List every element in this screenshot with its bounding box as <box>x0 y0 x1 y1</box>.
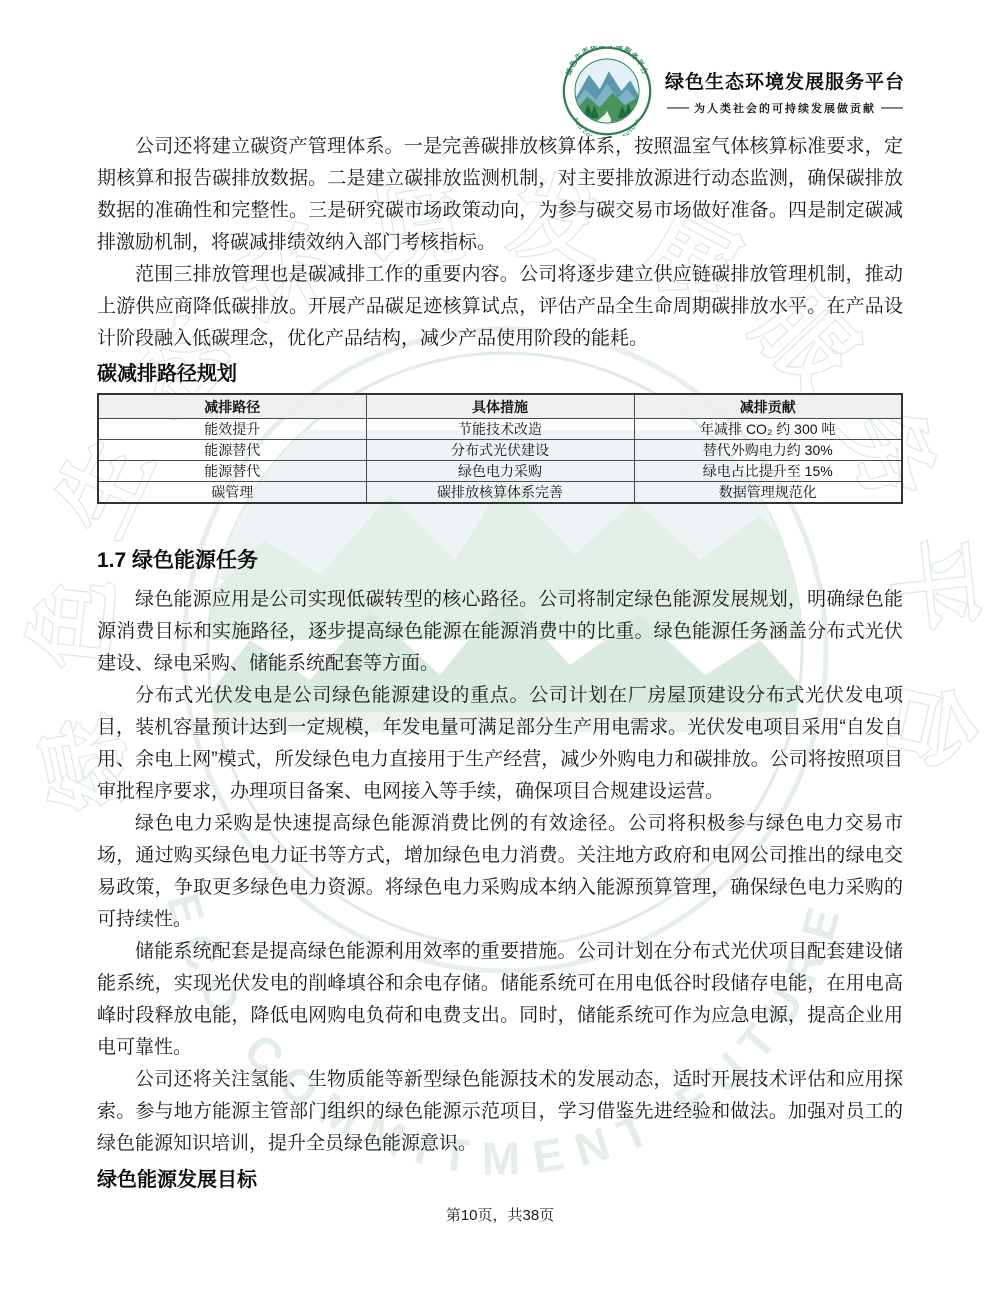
paragraph-new-energy-tech: 公司还将关注氢能、生物质能等新型绿色能源技术的发展动态，适时开展技术评估和应用探… <box>97 1064 903 1160</box>
brand-logo-icon: 绿色生态环境发展服务平台 ECO COMMITMENT FUTURE <box>562 46 652 136</box>
brand-tagline: —— 为人类社会的可持续发展做贡献 —— <box>667 100 903 116</box>
paragraph-distributed-pv: 分布式光伏发电是公司绿色能源建设的重点。公司计划在厂房屋顶建设分布式光伏发电项目… <box>97 680 903 808</box>
col-header-path: 减排路径 <box>98 394 366 419</box>
table-header-row: 减排路径 具体措施 减排贡献 <box>98 394 902 419</box>
cell-contribution-2: 替代外购电力约 30% <box>634 440 902 461</box>
cell-measure-4: 碳排放核算体系完善 <box>366 482 634 504</box>
paragraph-carbon-asset: 公司还将建立碳资产管理体系。一是完善碳排放核算体系，按照温室气体核算标准要求，定… <box>97 131 903 259</box>
cell-path-1: 能效提升 <box>98 419 366 440</box>
col-header-contribution: 减排贡献 <box>634 394 902 419</box>
carbon-reduction-path-table: 减排路径 具体措施 减排贡献 能效提升 节能技术改造 年减排 CO₂ 约 300… <box>97 393 903 504</box>
cell-measure-3: 绿色电力采购 <box>366 461 634 482</box>
cell-contribution-4: 数据管理规范化 <box>634 482 902 504</box>
table-row: 能源替代 分布式光伏建设 替代外购电力约 30% <box>98 440 902 461</box>
document-body: 公司还将建立碳资产管理体系。一是完善碳排放核算体系，按照温室气体核算标准要求，定… <box>97 131 903 1194</box>
page-number-footer: 第10页，共38页 <box>0 1204 1000 1225</box>
table-row: 能源替代 绿色电力采购 绿电占比提升至 15% <box>98 461 902 482</box>
brand-title: 绿色生态环境发展服务平台 <box>665 67 905 94</box>
document-page: { "header": { "brand_title": "绿色生态环境发展服务… <box>0 0 1000 1294</box>
tagline-left-dash: —— <box>667 102 689 114</box>
brand-text-block: 绿色生态环境发展服务平台 —— 为人类社会的可持续发展做贡献 —— <box>665 67 905 116</box>
page-header: 绿色生态环境发展服务平台 ECO COMMITMENT FUTURE 绿色生态环… <box>562 46 905 136</box>
section-heading-1-7: 1.7 绿色能源任务 <box>97 548 903 574</box>
cell-path-2: 能源替代 <box>98 440 366 461</box>
paragraph-scope3: 范围三排放管理也是碳减排工作的重要内容。公司将逐步建立供应链碳排放管理机制，推动… <box>97 259 903 355</box>
brand-tagline-text: 为人类社会的可持续发展做贡献 <box>694 100 876 116</box>
table-row: 能效提升 节能技术改造 年减排 CO₂ 约 300 吨 <box>98 419 902 440</box>
paragraph-green-energy-overview: 绿色能源应用是公司实现低碳转型的核心路径。公司将制定绿色能源发展规划，明确绿色能… <box>97 584 903 680</box>
paragraph-green-power-purchase: 绿色电力采购是快速提高绿色能源消费比例的有效途径。公司将积极参与绿色电力交易市场… <box>97 808 903 936</box>
col-header-measure: 具体措施 <box>366 394 634 419</box>
cell-contribution-3: 绿电占比提升至 15% <box>634 461 902 482</box>
cell-contribution-1: 年减排 CO₂ 约 300 吨 <box>634 419 902 440</box>
goal-heading: 绿色能源发展目标 <box>97 1166 903 1194</box>
cell-measure-1: 节能技术改造 <box>366 419 634 440</box>
tagline-right-dash: —— <box>881 102 903 114</box>
paragraph-energy-storage: 储能系统配套是提高绿色能源利用效率的重要措施。公司计划在分布式光伏项目配套建设储… <box>97 936 903 1064</box>
table-heading: 碳减排路径规划 <box>97 360 903 388</box>
table-row: 碳管理 碳排放核算体系完善 数据管理规范化 <box>98 482 902 504</box>
cell-path-3: 能源替代 <box>98 461 366 482</box>
cell-path-4: 碳管理 <box>98 482 366 504</box>
cell-measure-2: 分布式光伏建设 <box>366 440 634 461</box>
